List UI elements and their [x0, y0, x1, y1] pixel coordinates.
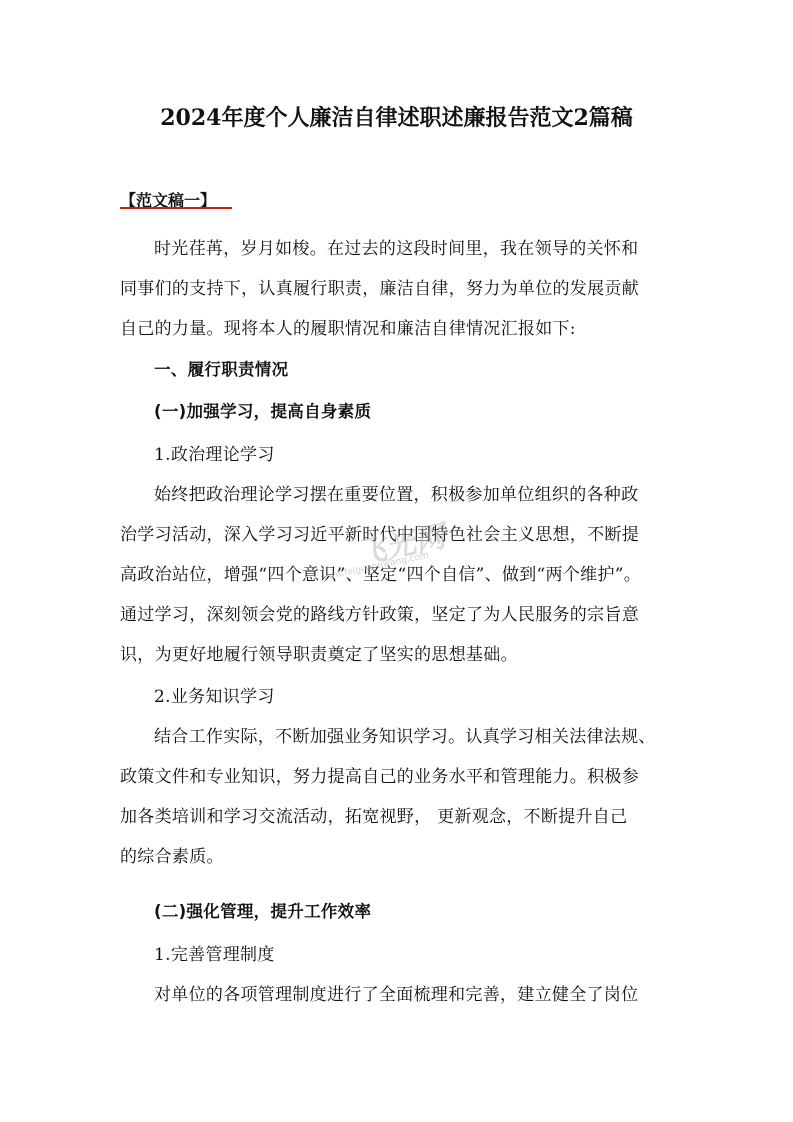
paragraph-line: 的综合素质。	[120, 842, 700, 867]
paragraph-line: 政策文件和专业知识，努力提高自己的业务水平和管理能力。积极参	[120, 762, 700, 787]
paragraph-line: 高政治站位，增强“四个意识”、坚定“四个自信”、做到“两个维护”。	[120, 560, 700, 585]
paragraph-line: 时光荏苒，岁月如梭。在过去的这段时间里，我在领导的关怀和	[154, 234, 734, 259]
paragraph-line: 同事们的支持下，认真履行职责，廉洁自律，努力为单位的发展贡献	[120, 274, 700, 299]
paragraph-line: 1.完善管理制度	[154, 940, 734, 965]
paragraph-line: 1.政治理论学习	[154, 440, 734, 465]
paragraph-line: 始终把政治理论学习摆在重要位置，积极参加单位组织的各种政	[154, 480, 734, 505]
paragraph-line: 对单位的各项管理制度进行了全面梳理和完善，建立健全了岗位	[154, 980, 734, 1005]
section-heading: (一)加强学习，提高自身素质	[154, 398, 734, 422]
document-page: 2024年度个人廉洁自律述职述廉报告范文2篇稿 【范文稿一】 时光荏苒，岁月如梭…	[0, 0, 793, 1122]
paragraph-line: 自己的力量。现将本人的履职情况和廉洁自律情况汇报如下:	[120, 314, 700, 339]
paragraph-line: 2.业务知识学习	[154, 682, 734, 707]
section-heading: (二)强化管理，提升工作效率	[154, 898, 734, 922]
section-label-underline	[120, 207, 232, 209]
paragraph-line: 识，为更好地履行领导职责奠定了坚实的思想基础。	[120, 640, 700, 665]
document-title: 2024年度个人廉洁自律述职述廉报告范文2篇稿	[0, 101, 793, 132]
paragraph-line: 加各类培训和学习交流活动，拓宽视野， 更新观念，不断提升自己	[120, 802, 700, 827]
paragraph-line: 通过学习，深刻领会党的路线方针政策，坚定了为人民服务的宗旨意	[120, 600, 700, 625]
paragraph-line: 结合工作实际，不断加强业务知识学习。认真学习相关法律法规、	[154, 722, 734, 747]
paragraph-line: 治学习活动，深入学习习近平新时代中国特色社会主义思想，不断提	[120, 520, 700, 545]
section-heading: 一、履行职责情况	[154, 356, 734, 380]
